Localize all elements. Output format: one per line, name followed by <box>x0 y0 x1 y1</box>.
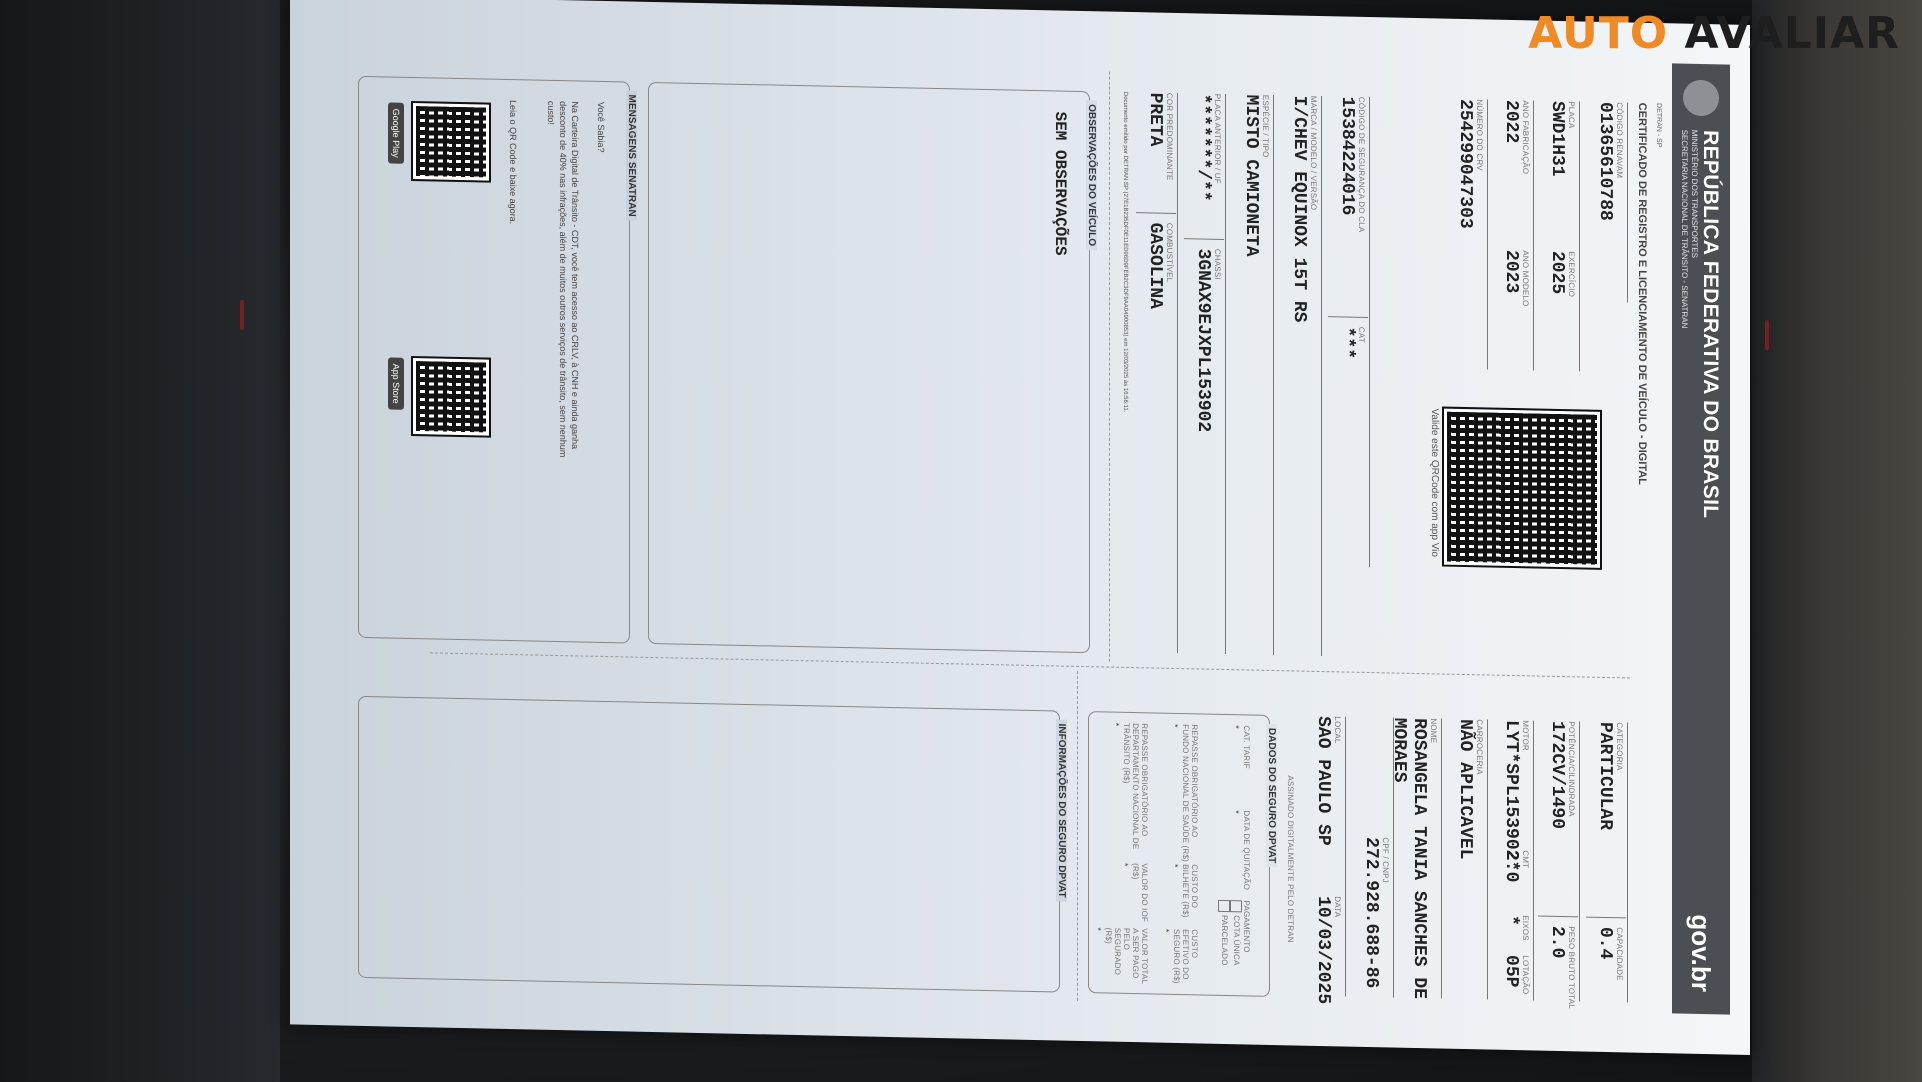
cpf-label: CPF / CNPJ <box>1381 837 1390 988</box>
peso-label: PESO BRUTO TOTAL <box>1567 926 1576 1009</box>
google-play-badge: Google Play <box>388 102 404 163</box>
carroceria-value: NÃO APLICAVEL <box>1455 719 1475 860</box>
carroceria-label: CARROCERIA <box>1475 719 1484 860</box>
bilhete-label: CUSTO DO BILHETE (R$) <box>1181 864 1199 924</box>
app-store-qr-code <box>413 358 489 436</box>
peso-value: 2.0 <box>1547 926 1567 1009</box>
local-value: SAO PAULO SP <box>1313 716 1333 846</box>
pagamento-label: PAGAMENTO <box>1242 900 1251 966</box>
potencia-value: 172CV/1490 <box>1547 721 1567 829</box>
app-store-badge: App Store <box>388 357 404 409</box>
ano-fabricacao-label: ANO FABRICAÇÃO <box>1521 100 1530 174</box>
auto-avaliar-watermark: AUTO AVALIAR <box>1528 8 1900 59</box>
total-value: * <box>1092 927 1104 989</box>
observacoes-box: OBSERVAÇÕES DO VEÍCULO SEM OBSERVAÇÕES <box>648 82 1090 653</box>
combustivel-value: GASOLINA <box>1145 222 1165 309</box>
chassi-value: 3GNAX9EJXPL153902 <box>1193 248 1213 432</box>
eixos-value: * <box>1501 915 1521 941</box>
signature-note: ASSINADO DIGITALMENTE PELO DETRAN <box>1286 775 1295 943</box>
dpvat-title: DADOS DO SEGURO DPVAT <box>1266 724 1277 867</box>
coat-of-arms-icon <box>1683 80 1719 117</box>
fns-value: * <box>1169 724 1181 864</box>
parcelado-checkbox <box>1218 900 1230 912</box>
data-quitacao-label: DATA DE QUITAÇÃO <box>1242 810 1251 890</box>
govbr-logo: gov.br <box>1685 914 1716 992</box>
data-label: DATA <box>1333 896 1342 1004</box>
cat-tarif-label: CAT. TARIF <box>1242 725 1251 769</box>
watermark-part2: AVALIAR <box>1684 8 1900 59</box>
denatran-label: REPASSE OBRIGATÓRIO AO DEPARTAMENTO NACI… <box>1122 723 1149 854</box>
validation-qr-code <box>1444 409 1600 568</box>
marca-value: I/CHEV EQUINOX 15T RS <box>1289 95 1309 322</box>
total-label: VALOR TOTAL A SER PAGO PELO SEGURADO (R$… <box>1104 927 1149 990</box>
header-secretariat: SECRETARIA NACIONAL DE TRÂNSITO - SENATR… <box>1681 130 1689 518</box>
cat-label: CAT <box>1357 327 1366 360</box>
mensagens-question: Você Sabia? <box>595 102 607 153</box>
custo-efetivo-label: CUSTO EFETIVO DO SEGURO (R$) <box>1172 929 1199 990</box>
lotacao-value: 05P <box>1501 955 1521 994</box>
lotacao-label: LOTAÇÃO <box>1521 955 1530 994</box>
document-issue-note: Documento emitido por DETRAN SP (27E1B23… <box>1122 92 1128 413</box>
especie-label: ESPÉCIE / TIPO <box>1261 95 1270 257</box>
placa-anterior-value: *******/** <box>1193 93 1213 201</box>
crlv-document: REPÚBLICA FEDERATIVA DO BRASIL MINISTÉRI… <box>290 0 1750 1055</box>
car-seat-left <box>0 0 280 1082</box>
capacidade-value: 0.4 <box>1595 927 1615 981</box>
categoria-value: PARTICULAR <box>1595 722 1615 830</box>
cota-unica-label: COTA ÚNICA <box>1232 915 1241 966</box>
header-band: REPÚBLICA FEDERATIVA DO BRASIL MINISTÉRI… <box>1672 63 1730 1014</box>
data-quitacao-value: * <box>1230 810 1242 890</box>
cat-tarif-value: * <box>1230 725 1242 769</box>
nome-label: NOME <box>1429 718 1438 1048</box>
ano-modelo-value: 2023 <box>1501 250 1521 307</box>
seat-stitch <box>1765 320 1769 350</box>
crv-value: 254299047303 <box>1455 99 1475 229</box>
mensagens-title: MENSAGENS SENATRAN <box>626 90 637 220</box>
potencia-label: POTÊNCIA/CILINDRADA <box>1567 721 1576 829</box>
parcelado-label: PARCELADO <box>1220 915 1229 966</box>
watermark-part1: AUTO <box>1528 8 1668 59</box>
placa-anterior-label: PLACA ANTERIOR / UF <box>1213 94 1222 202</box>
marca-label: MARCA / MODELO / VERSÃO <box>1309 96 1318 323</box>
data-value: 10/03/2025 <box>1313 896 1333 1004</box>
ano-modelo-label: ANO MODELO <box>1521 250 1530 306</box>
info-dpvat-box: INFORMAÇÕES DO SEGURO DPVAT <box>358 696 1060 993</box>
nome-value: ROSANGELA TANIA SANCHES DE MORAES <box>1389 717 1429 1048</box>
custo-efetivo-value: * <box>1160 929 1172 989</box>
renavam-label: CÓDIGO RENAVAM <box>1615 102 1624 221</box>
cat-value: *** <box>1337 326 1357 359</box>
capacidade-label: CAPACIDADE <box>1615 927 1624 981</box>
qr-caption: Valide este QRCode com app Vio <box>1429 408 1440 557</box>
cpf-value: 272.928.688-86 <box>1361 837 1381 989</box>
crv-label: NÚMERO DO CRV <box>1475 99 1484 229</box>
mensagens-cta: Leia o QR Code e baixe agora. <box>507 100 519 224</box>
cla-value: 15384224016 <box>1337 96 1357 232</box>
cor-value: PRETA <box>1145 92 1165 180</box>
exercicio-label: EXERCÍCIO <box>1567 251 1576 297</box>
especie-value: MISTO CAMIONETA <box>1241 94 1261 256</box>
fns-label: REPASSE OBRIGATÓRIO AO FUNDO NACIONAL DE… <box>1181 724 1199 864</box>
denatran-value: * <box>1110 723 1122 853</box>
categoria-label: CATEGORIA <box>1615 722 1624 830</box>
bilhete-value: * <box>1169 864 1181 924</box>
mensagens-text: Na Carteira Digital de Trânsito - CDT, v… <box>545 101 581 462</box>
chassi-label: CHASSI <box>1213 249 1222 433</box>
observacoes-title: OBSERVAÇÕES DO VEÍCULO <box>1086 100 1097 250</box>
document-title: CERTIFICADO DE REGISTRO E LICENCIAMENTO … <box>1636 103 1648 485</box>
iof-value: * <box>1119 863 1131 923</box>
combustivel-label: COMBUSTÍVEL <box>1165 223 1174 310</box>
document-photo: REPÚBLICA FEDERATIVA DO BRASIL MINISTÉRI… <box>270 25 1750 1070</box>
ano-fabricacao-value: 2022 <box>1501 100 1521 174</box>
iof-label: VALOR DO IOF (R$) <box>1131 863 1149 923</box>
placa-value: SWD1H31 <box>1547 101 1567 177</box>
header-title: REPÚBLICA FEDERATIVA DO BRASIL <box>1701 130 1722 519</box>
observacoes-value: SEM OBSERVAÇÕES <box>1051 111 1069 255</box>
motor-label: MOTOR <box>1521 720 1530 871</box>
detran-label: DETRAN - SP <box>1655 103 1662 147</box>
cmt-value: 2.0 <box>1501 850 1521 883</box>
cmt-label: CMT <box>1521 850 1530 883</box>
mensagens-box: MENSAGENS SENATRAN Você Sabia? Na Cartei… <box>358 76 630 644</box>
header-ministry: MINISTÉRIO DOS TRANSPORTES <box>1691 130 1699 518</box>
cla-label: CÓDIGO DE SEGURANÇA DO CLA <box>1357 97 1366 233</box>
renavam-value: 01365610788 <box>1595 102 1615 221</box>
eixos-label: EIXOS <box>1521 915 1530 941</box>
cota-unica-checkbox <box>1230 900 1242 912</box>
dpvat-box: DADOS DO SEGURO DPVAT CAT. TARIF* DATA D… <box>1088 711 1270 997</box>
local-label: LOCAL <box>1333 716 1342 846</box>
placa-label: PLACA <box>1567 101 1576 177</box>
motor-value: LYT*SPL153902* <box>1501 720 1521 872</box>
exercicio-value: 2025 <box>1547 251 1567 297</box>
cor-label: COR PREDOMINANTE <box>1165 93 1174 181</box>
car-seat-right <box>1752 0 1922 1082</box>
google-play-qr-code <box>413 103 489 181</box>
seat-stitch <box>240 300 244 330</box>
info-dpvat-title: INFORMAÇÕES DO SEGURO DPVAT <box>1056 719 1067 901</box>
